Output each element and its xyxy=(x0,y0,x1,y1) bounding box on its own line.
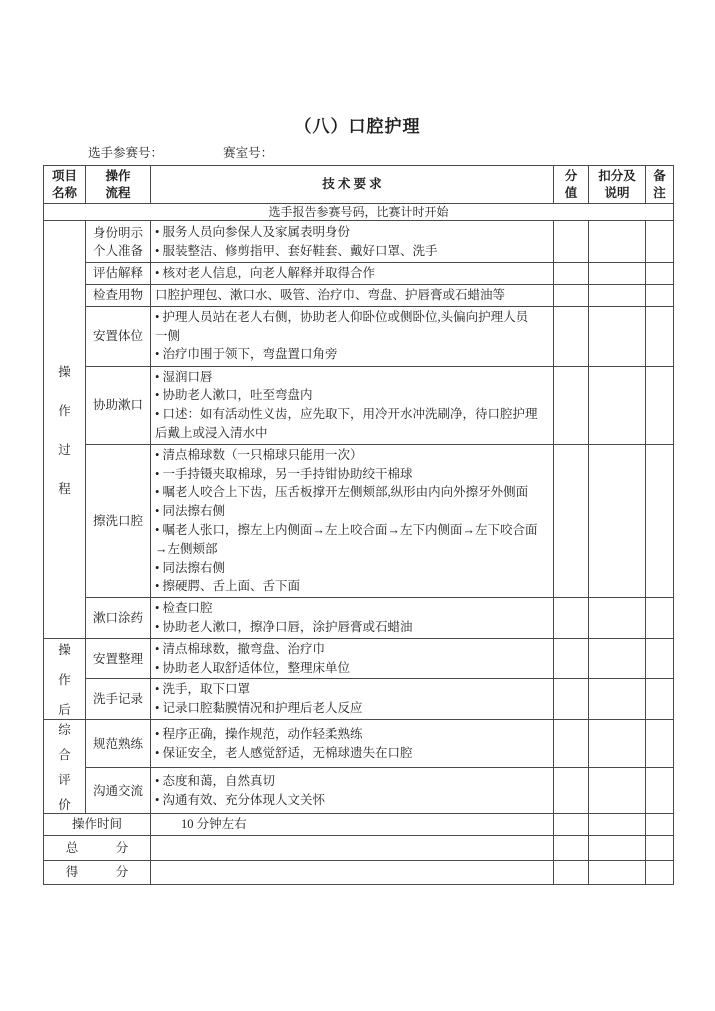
remarks-cell xyxy=(646,598,674,639)
deduction-cell xyxy=(589,444,646,597)
deduction-cell xyxy=(589,221,646,263)
requirement-line: • 嘱老人咬合上下齿，压舌板撑开左侧颊部,纵形由内向外擦牙外侧面 xyxy=(155,483,551,502)
remarks-cell xyxy=(646,679,674,720)
score-cell xyxy=(554,263,589,285)
table-row: 漱口涂药 • 检查口腔 • 协助老人漱口，擦净口唇，涂护唇膏或石蜡油 xyxy=(44,598,674,639)
requirement-line: • 沟通有效、充分体现人文关怀 xyxy=(155,791,551,810)
table-row: 操 作 后 安置整理 • 清点棉球数，撤弯盘、治疗巾 • 协助老人取舒适体位，整… xyxy=(44,638,674,679)
step-label-rinse-apply-balm: 漱口涂药 xyxy=(86,598,151,639)
tech-req-rinse-apply-balm: • 检查口腔 • 协助老人漱口，擦净口唇，涂护唇膏或石蜡油 xyxy=(151,598,554,639)
requirement-line: • 协助老人取舒适体位，整理床单位 xyxy=(155,659,551,678)
requirement-line: • 协助老人漱口，擦净口唇，涂护唇膏或石蜡油 xyxy=(155,618,551,637)
table-row: 沟通交流 • 态度和蔼，自然真切 • 沟通有效、充分体现人文关怀 xyxy=(44,768,674,814)
requirement-line: • 记录口腔黏膜情况和护理后老人反应 xyxy=(155,699,551,718)
table-row: 操 作 过 程 身份明示 个人准备 • 服务人员向参保人及家属表明身份 • 服装… xyxy=(44,221,674,263)
requirement-line: • 嘱老人张口，擦左上内侧面→左上咬合面→左下内侧面→左下咬合面 xyxy=(155,521,551,540)
remarks-cell xyxy=(646,263,674,285)
table-row: 擦洗口腔 • 清点棉球数（一只棉球只能用一次） • 一手持镊夹取棉球，另一手持钳… xyxy=(44,444,674,597)
tech-req-assess-explain: • 核对老人信息，向老人解释并取得合作 xyxy=(151,263,554,285)
score-cell xyxy=(554,813,589,835)
scoring-table: 项目 名称 操作 流程 技 术 要 求 分 值 扣分及 说明 备 xyxy=(43,165,674,885)
score-cell xyxy=(554,598,589,639)
score-cell xyxy=(554,835,589,860)
step-label-tidy-up: 安置整理 xyxy=(86,638,151,679)
notice-row: 选手报告参赛号码，比赛计时开始 xyxy=(44,204,674,221)
col-header-procedure: 操作 流程 xyxy=(86,166,151,204)
requirement-line: →左侧颊部 xyxy=(155,540,551,559)
tech-req-wash-hands-record: • 洗手，取下口罩 • 记录口腔黏膜情况和护理后老人反应 xyxy=(151,679,554,720)
deduction-cell xyxy=(589,306,646,366)
tech-req-standard-proficiency: • 程序正确，操作规范，动作轻柔熟练 • 保证安全，老人感觉舒适，无棉球遗失在口… xyxy=(151,719,554,767)
final-score-value xyxy=(151,860,554,884)
requirement-line: 后戴上或浸入清水中 xyxy=(155,424,551,443)
requirement-line: 口腔护理包、漱口水、吸管、治疗巾、弯盘、护唇膏或石蜡油等 xyxy=(155,286,551,305)
step-label-identity-prep: 身份明示 个人准备 xyxy=(86,221,151,263)
table-row: 洗手记录 • 洗手，取下口罩 • 记录口腔黏膜情况和护理后老人反应 xyxy=(44,679,674,720)
step-label-communication: 沟通交流 xyxy=(86,768,151,814)
operation-time-label: 操作时间 xyxy=(44,813,151,835)
remarks-cell xyxy=(646,835,674,860)
table-row: 检查用物 口腔护理包、漱口水、吸管、治疗巾、弯盘、护唇膏或石蜡油等 xyxy=(44,284,674,306)
score-cell xyxy=(554,719,589,767)
total-score-value xyxy=(151,835,554,860)
table-row: 安置体位 • 护理人员站在老人右侧，协助老人仰卧位或侧卧位,头偏向护理人员 一侧… xyxy=(44,306,674,366)
requirement-line: • 核对老人信息，向老人解释并取得合作 xyxy=(155,264,551,283)
operation-time-value: 10 分钟左右 xyxy=(151,813,554,835)
requirement-line: • 口述：如有活动性义齿，应先取下，用冷开水冲洗刷净，待口腔护理 xyxy=(155,405,551,424)
col-header-tech-requirements: 技 术 要 求 xyxy=(151,166,554,204)
total-score-label: 总 分 xyxy=(44,835,151,860)
meta-row: 选手参赛号： 赛室号： xyxy=(88,143,273,161)
score-cell xyxy=(554,444,589,597)
table-header-row: 项目 名称 操作 流程 技 术 要 求 分 值 扣分及 说明 备 xyxy=(44,166,674,204)
tech-req-position-resident: • 护理人员站在老人右侧，协助老人仰卧位或侧卧位,头偏向护理人员 一侧 • 治疗… xyxy=(151,306,554,366)
contestant-number-label: 选手参赛号： xyxy=(88,146,163,160)
requirement-line: • 护理人员站在老人右侧，协助老人仰卧位或侧卧位,头偏向护理人员 xyxy=(155,308,551,327)
requirement-line: • 洗手，取下口罩 xyxy=(155,680,551,699)
requirement-line: • 服装整洁、修剪指甲、套好鞋套、戴好口罩、洗手 xyxy=(155,242,551,261)
remarks-cell xyxy=(646,306,674,366)
deduction-cell xyxy=(589,366,646,444)
score-cell xyxy=(554,306,589,366)
step-label-clean-oral-cavity: 擦洗口腔 xyxy=(86,444,151,597)
deduction-cell xyxy=(589,860,646,884)
final-score-label: 得 分 xyxy=(44,860,151,884)
requirement-line: • 协助老人漱口，吐至弯盘内 xyxy=(155,386,551,405)
requirement-line: • 同法擦右侧 xyxy=(155,559,551,578)
tech-req-check-supplies: 口腔护理包、漱口水、吸管、治疗巾、弯盘、护唇膏或石蜡油等 xyxy=(151,284,554,306)
requirement-line: • 保证安全，老人感觉舒适，无棉球遗失在口腔 xyxy=(155,744,551,763)
table-row: 协助漱口 • 湿润口唇 • 协助老人漱口，吐至弯盘内 • 口述：如有活动性义齿，… xyxy=(44,366,674,444)
table-row: 综 合 评 价 规范熟练 • 程序正确，操作规范，动作轻柔熟练 • 保证安全，老… xyxy=(44,719,674,767)
deduction-cell xyxy=(589,768,646,814)
requirement-line: • 同法擦右侧 xyxy=(155,502,551,521)
step-label-position-resident: 安置体位 xyxy=(86,306,151,366)
remarks-cell xyxy=(646,719,674,767)
requirement-line: • 擦硬腭、舌上面、舌下面 xyxy=(155,577,551,596)
deduction-cell xyxy=(589,835,646,860)
score-cell xyxy=(554,221,589,263)
deduction-cell xyxy=(589,719,646,767)
step-label-assess-explain: 评估解释 xyxy=(86,263,151,285)
tech-req-communication: • 态度和蔼，自然真切 • 沟通有效、充分体现人文关怀 xyxy=(151,768,554,814)
score-cell xyxy=(554,768,589,814)
section-label-operation-process: 操 作 过 程 xyxy=(44,221,86,639)
step-label-assist-rinse: 协助漱口 xyxy=(86,366,151,444)
remarks-cell xyxy=(646,366,674,444)
tech-req-assist-rinse: • 湿润口唇 • 协助老人漱口，吐至弯盘内 • 口述：如有活动性义齿，应先取下，… xyxy=(151,366,554,444)
deduction-cell xyxy=(589,679,646,720)
remarks-cell xyxy=(646,284,674,306)
requirement-line: • 清点棉球数（一只棉球只能用一次） xyxy=(155,446,551,465)
remarks-cell xyxy=(646,860,674,884)
total-score-row: 总 分 xyxy=(44,835,674,860)
requirement-line: • 清点棉球数，撤弯盘、治疗巾 xyxy=(155,640,551,659)
step-label-standard-proficiency: 规范熟练 xyxy=(86,719,151,767)
final-score-row: 得 分 xyxy=(44,860,674,884)
requirement-line: • 治疗巾围于领下，弯盘置口角旁 xyxy=(155,345,551,364)
requirement-line: • 一手持镊夹取棉球，另一手持钳协助绞干棉球 xyxy=(155,465,551,484)
remarks-cell xyxy=(646,221,674,263)
score-cell xyxy=(554,638,589,679)
remarks-cell xyxy=(646,768,674,814)
requirement-line: • 湿润口唇 xyxy=(155,368,551,387)
room-number-label: 赛室号： xyxy=(223,146,273,160)
requirement-line: 一侧 xyxy=(155,327,551,346)
col-header-item-name: 项目 名称 xyxy=(44,166,86,204)
col-header-remarks: 备 注 xyxy=(646,166,674,204)
remarks-cell xyxy=(646,813,674,835)
deduction-cell xyxy=(589,638,646,679)
document-title: （八）口腔护理 xyxy=(0,112,715,137)
section-label-post-operation: 操 作 后 xyxy=(44,638,86,719)
step-label-wash-hands-record: 洗手记录 xyxy=(86,679,151,720)
deduction-cell xyxy=(589,813,646,835)
remarks-cell xyxy=(646,444,674,597)
deduction-cell xyxy=(589,263,646,285)
score-cell xyxy=(554,284,589,306)
col-header-score: 分 值 xyxy=(554,166,589,204)
tech-req-clean-oral-cavity: • 清点棉球数（一只棉球只能用一次） • 一手持镊夹取棉球，另一手持钳协助绞干棉… xyxy=(151,444,554,597)
tech-req-identity-prep: • 服务人员向参保人及家属表明身份 • 服装整洁、修剪指甲、套好鞋套、戴好口罩、… xyxy=(151,221,554,263)
requirement-line: • 检查口腔 xyxy=(155,599,551,618)
deduction-cell xyxy=(589,284,646,306)
tech-req-tidy-up: • 清点棉球数，撤弯盘、治疗巾 • 协助老人取舒适体位，整理床单位 xyxy=(151,638,554,679)
requirement-line: • 态度和蔼，自然真切 xyxy=(155,772,551,791)
section-label-overall-evaluation: 综 合 评 价 xyxy=(44,719,86,813)
requirement-line: • 程序正确，操作规范，动作轻柔熟练 xyxy=(155,725,551,744)
document-page: （八）口腔护理 选手参赛号： 赛室号： 项目 名称 操作 流程 技 术 要 求 xyxy=(0,0,715,1011)
notice-text: 选手报告参赛号码，比赛计时开始 xyxy=(44,204,674,221)
table-row: 评估解释 • 核对老人信息，向老人解释并取得合作 xyxy=(44,263,674,285)
col-header-deduction: 扣分及 说明 xyxy=(589,166,646,204)
deduction-cell xyxy=(589,598,646,639)
requirement-line: • 服务人员向参保人及家属表明身份 xyxy=(155,223,551,242)
score-cell xyxy=(554,366,589,444)
score-cell xyxy=(554,860,589,884)
operation-time-row: 操作时间 10 分钟左右 xyxy=(44,813,674,835)
score-cell xyxy=(554,679,589,720)
remarks-cell xyxy=(646,638,674,679)
step-label-check-supplies: 检查用物 xyxy=(86,284,151,306)
